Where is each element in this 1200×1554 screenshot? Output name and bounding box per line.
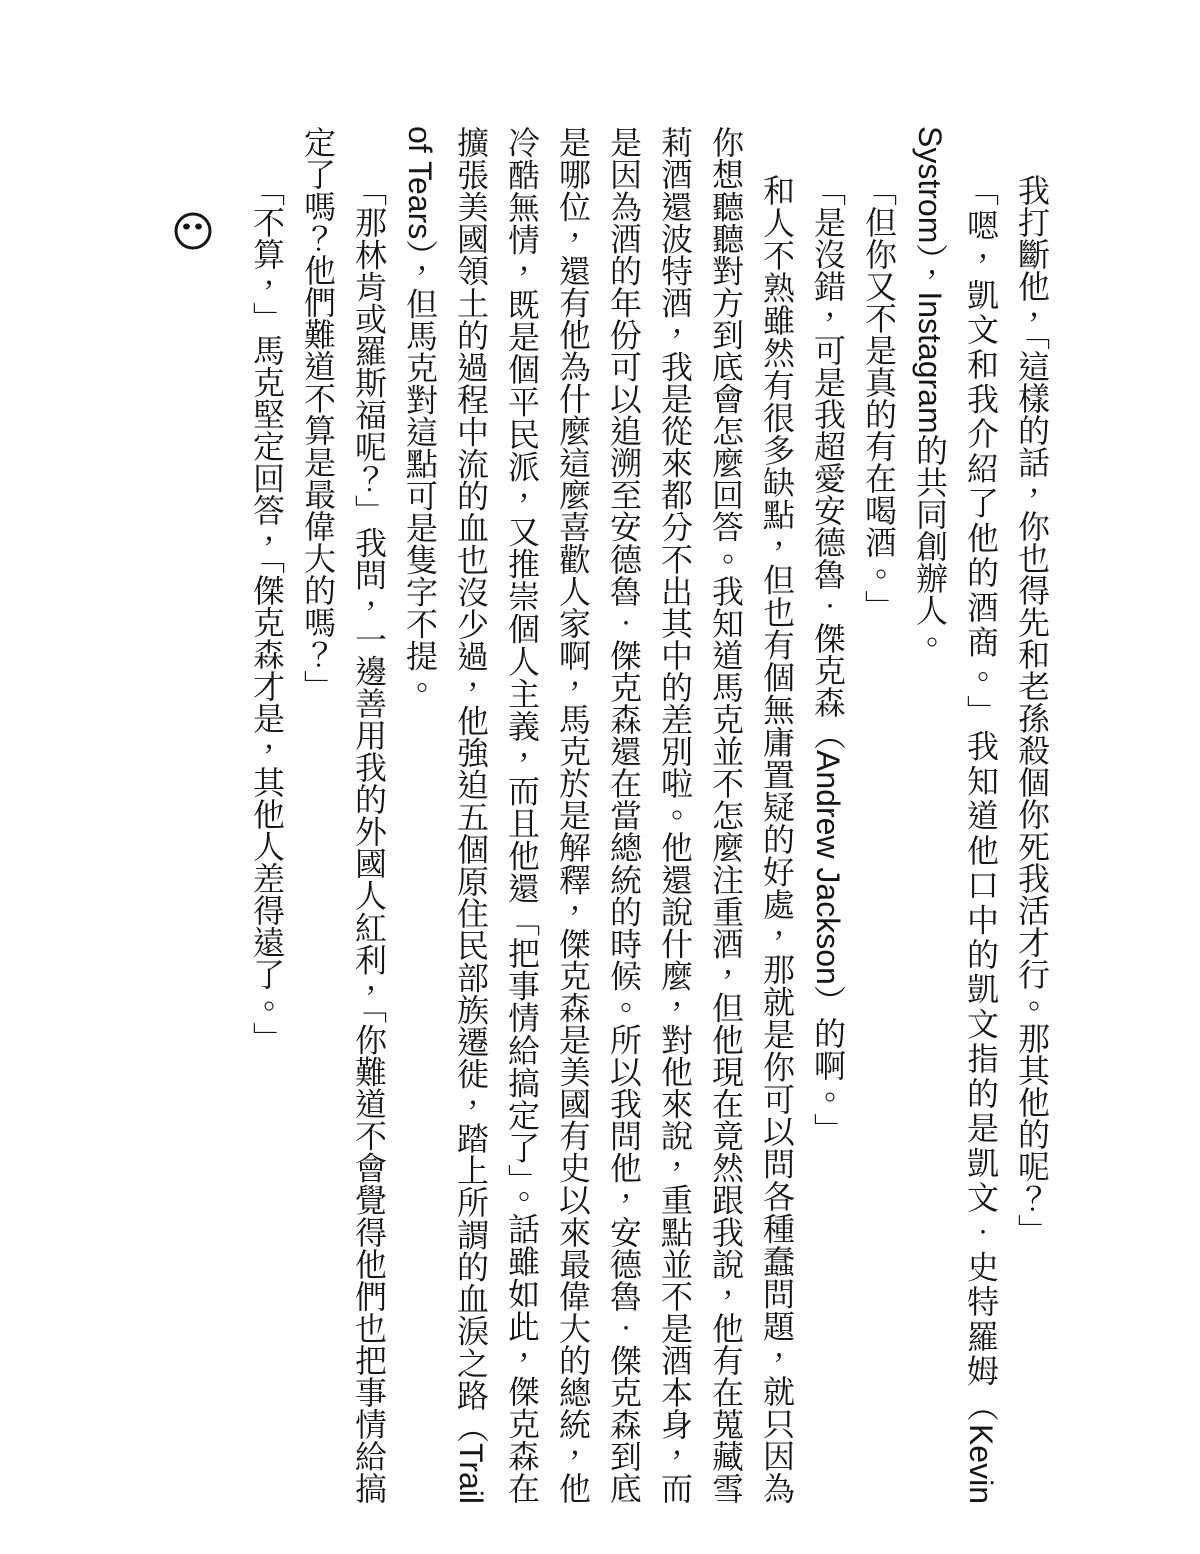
face-doodle-icon	[172, 210, 214, 252]
paragraph: 「不算，」馬克堅定回答，「傑克森才是，其他人差得遠了。」	[241, 126, 292, 1504]
body-text: 我打斷他，「這樣的話，你也得先和老孫殺個你死我活才行。那其他的呢？」 「嗯，凱文…	[241, 126, 1057, 1504]
paragraph: 「嗯，凱文和我介紹了他的酒商。」我知道他口中的凱文指的是凱文．史特羅姆（Kevi…	[904, 126, 1006, 1504]
paragraph: 和人不熟雖然有很多缺點，但也有個無庸置疑的好處，那就是你可以問各種蠢問題，就只因…	[394, 126, 802, 1504]
paragraph: 「但你又不是真的有在喝酒。」	[853, 126, 904, 1504]
paragraph: 我打斷他，「這樣的話，你也得先和老孫殺個你死我活才行。那其他的呢？」	[1006, 126, 1057, 1504]
paragraph: 「那林肯或羅斯福呢？」我問，一邊善用我的外國人紅利，「你難道不會覺得他們也把事情…	[292, 126, 394, 1504]
paragraph: 「是沒錯，可是我超愛安德魯．傑克森（Andrew Jackson）的啊。」	[802, 126, 853, 1504]
book-page: 我打斷他，「這樣的話，你也得先和老孫殺個你死我活才行。那其他的呢？」 「嗯，凱文…	[0, 0, 1200, 1554]
